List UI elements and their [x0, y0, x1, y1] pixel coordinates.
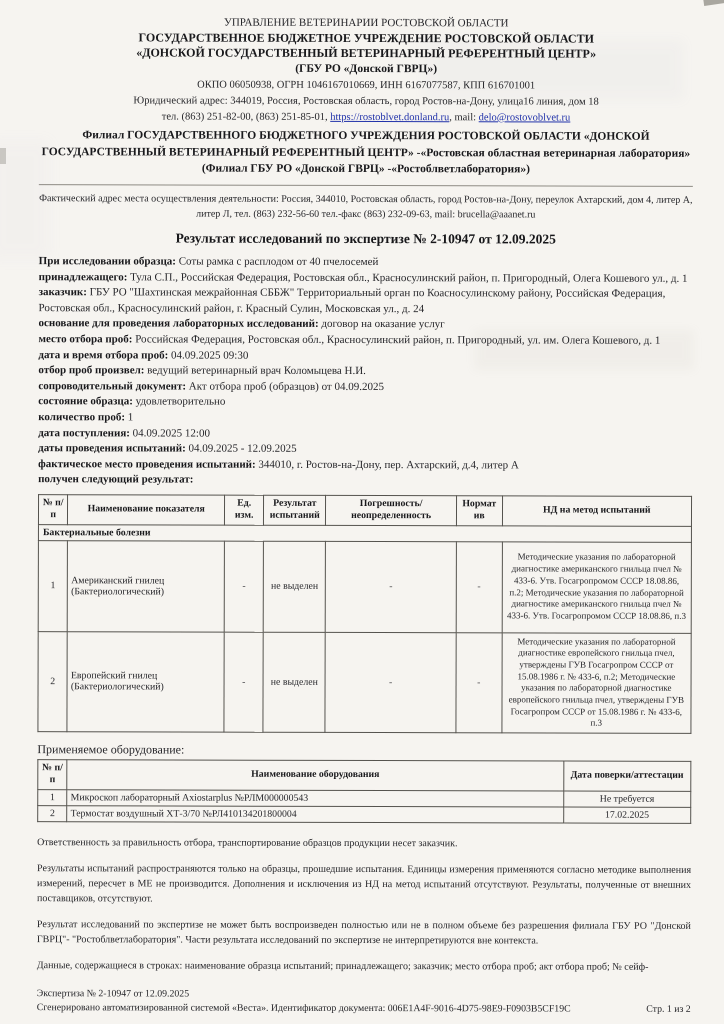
col-header-num: № п/п — [38, 495, 67, 525]
table-row: 1 Американский гнилец (Бактериологически… — [38, 540, 691, 633]
branch-short-name: (Филиал ГБУ РО «Донской ГВРЦ» -«Ростоблв… — [39, 160, 693, 178]
table-row: 2 Европейский гнилец (Бактериологический… — [38, 631, 691, 733]
cell-indicator: Американский гнилец (Бактериологический) — [68, 540, 225, 631]
cell-norm: - — [456, 632, 502, 733]
col-header-equipment-name: Наименование оборудования — [67, 760, 563, 791]
table-row: 2 Термостат воздушный ХТ-3/70 №РЛ4101342… — [38, 805, 691, 823]
detail-line: дата и время отбора проб: 04.09.2025 09:… — [38, 348, 692, 365]
cell-indicator: Европейский гнилец (Бактериологический) — [67, 631, 224, 732]
col-header-num: № п/п — [38, 760, 67, 790]
cell-method: Методические указания по лабораторной ди… — [502, 632, 692, 733]
cell-unit: - — [224, 632, 263, 733]
cell-verification-date: Не требуется — [563, 791, 690, 807]
equipment-table: № п/п Наименование оборудования Дата пов… — [37, 759, 691, 823]
col-header-method: НД на метод испытаний — [502, 496, 691, 526]
org-short-name: (ГБУ РО «Донской ГВРЦ») — [39, 61, 693, 78]
header-divider — [39, 184, 693, 187]
note-scope: Результаты испытаний распространяются то… — [37, 861, 691, 908]
phones: тел. (863) 251-82-00, (863) 251-85-01, — [162, 112, 330, 123]
col-header-indicator: Наименование показателя — [68, 495, 225, 525]
document-title: Результат исследований по экспертизе № 2… — [39, 230, 693, 248]
note-reproduction: Результат исследований по экспертизе не … — [37, 917, 691, 949]
mail-label: , mail: — [449, 112, 478, 123]
cell-unit: - — [224, 541, 263, 632]
document-page: УПРАВЛЕНИЕ ВЕТЕРИНАРИИ РОСТОВСКОЙ ОБЛАСТ… — [0, 0, 724, 1024]
branch-name: Филиал ГОСУДАРСТВЕННОГО БЮДЖЕТНОГО УЧРЕЖ… — [39, 127, 693, 162]
detail-line: фактическое место проведения испытаний: … — [38, 457, 692, 474]
results-table: № п/п Наименование показателя Ед. изм. Р… — [37, 494, 692, 734]
col-header-verification-date: Дата поверки/аттестации — [563, 761, 690, 791]
detail-line: даты проведения испытаний: 04.09.2025 - … — [38, 441, 692, 458]
org-name-line1: ГОСУДАРСТВЕННОЕ БЮДЖЕТНОЕ УЧРЕЖДЕНИЕ РОС… — [39, 30, 693, 48]
document-footer: Экспертиза № 2-10947 от 12.09.2025 Сгене… — [37, 987, 691, 1017]
website-link: https://rostoblvet.donland.ru — [330, 112, 449, 123]
col-header-uncertainty: Погрешность/неопределенность — [326, 495, 457, 525]
cell-uncertainty: - — [325, 632, 456, 733]
equipment-heading: Применяемое оборудование: — [37, 742, 691, 759]
detail-line: заказчик: ГБУ РО "Шахтинская межрайонная… — [39, 285, 693, 318]
email-link: delo@rostovoblvet.ru — [479, 112, 571, 123]
cell-num: 2 — [38, 631, 68, 732]
cell-equipment-name: Микроскоп лабораторный Axiostarplus №РЛМ… — [67, 789, 563, 806]
detail-line: отбор проб произвел: ведущий ветеринарны… — [38, 363, 692, 380]
footer-generated: Сгенерировано автоматизированной системо… — [37, 1001, 571, 1017]
cell-num: 1 — [38, 540, 68, 631]
cell-method: Методические указания по лабораторной ди… — [502, 541, 692, 632]
cell-result: не выделен — [263, 541, 325, 632]
note-responsibility: Ответственность за правильность отбора, … — [37, 835, 691, 852]
results-header-row: № п/п Наименование показателя Ед. изм. Р… — [38, 495, 691, 526]
cell-equipment-name: Термостат воздушный ХТ-3/70 №РЛ410134201… — [67, 805, 563, 822]
detail-line: состояние образца: удовлетворительно — [38, 395, 692, 412]
col-header-norm: Норматив — [456, 496, 502, 526]
equipment-header-row: № п/п Наименование оборудования Дата пов… — [38, 760, 691, 791]
legal-address: Юридический адрес: 344019, Россия, Росто… — [39, 94, 693, 110]
detail-line: получен следующий результат: — [38, 473, 692, 490]
org-codes: ОКПО 06050938, ОГРН 1046167010669, ИНН 6… — [39, 78, 693, 94]
contacts-line: тел. (863) 251-82-00, (863) 251-85-01, h… — [39, 110, 693, 126]
detail-line: При исследовании образца: Соты рамка с р… — [39, 254, 693, 271]
notes-section: Ответственность за правильность отбора, … — [37, 835, 691, 975]
letterhead: УПРАВЛЕНИЕ ВЕТЕРИНАРИИ РОСТОВСКОЙ ОБЛАСТ… — [39, 15, 693, 179]
cell-result: не выделен — [263, 632, 325, 733]
cell-num: 1 — [38, 789, 67, 805]
note-data-rows: Данные, содержащиеся в строках: наименов… — [37, 958, 691, 975]
col-header-result: Результат испытаний — [264, 495, 326, 525]
results-group-row: Бактериальные болезни — [38, 524, 691, 542]
cell-num: 2 — [38, 805, 67, 821]
detail-line: сопроводительный документ: Акт отбора пр… — [38, 379, 692, 396]
cell-uncertainty: - — [325, 541, 456, 632]
group-label: Бактериальные болезни — [38, 524, 691, 542]
detail-line: основание для проведения лабораторных ис… — [38, 317, 692, 334]
sample-details: При исследовании образца: Соты рамка с р… — [38, 254, 693, 490]
detail-line: количество проб: 1 — [38, 410, 692, 427]
detail-line: место отбора проб: Российская Федерация,… — [38, 332, 692, 349]
detail-line: дата поступления: 04.09.2025 12:00 — [38, 426, 692, 443]
actual-address: Фактический адрес места осуществления де… — [39, 191, 693, 223]
col-header-unit: Ед. изм. — [225, 495, 264, 525]
table-row: 1 Микроскоп лабораторный Axiostarplus №Р… — [38, 789, 691, 807]
cell-verification-date: 17.02.2025 — [563, 807, 690, 823]
detail-line: принадлежащего: Тула С.П., Российская Фе… — [39, 270, 693, 287]
cell-norm: - — [456, 541, 502, 632]
footer-page-number: Стр. 1 из 2 — [646, 1002, 690, 1016]
org-name-line2: «ДОНСКОЙ ГОСУДАРСТВЕННЫЙ ВЕТЕРИНАРНЫЙ РЕ… — [39, 45, 693, 63]
